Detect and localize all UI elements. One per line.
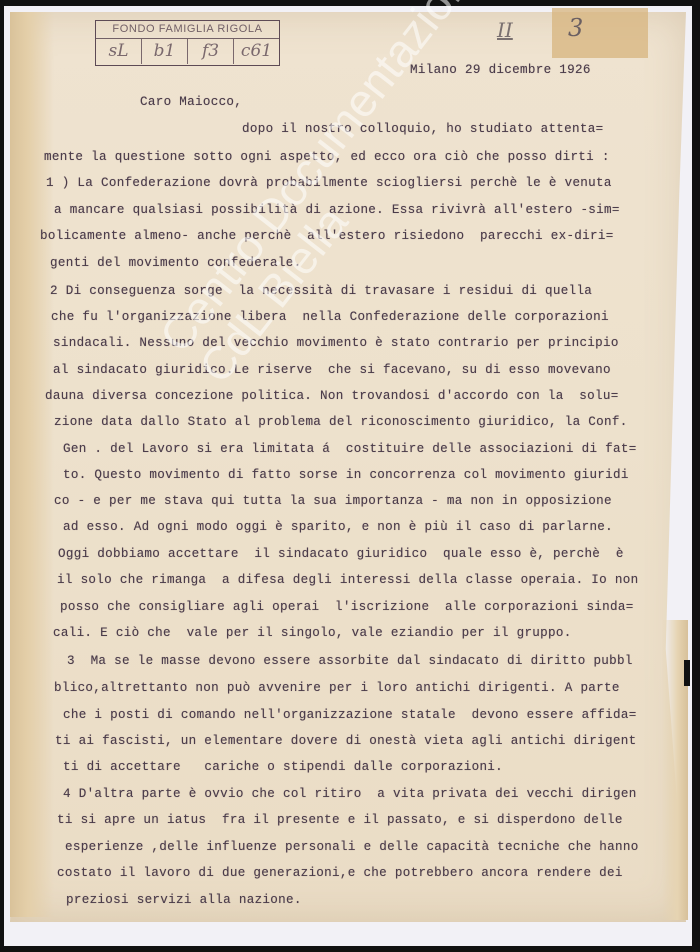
typed-line: bolicamente almeno- anche perchè all'est… bbox=[40, 229, 614, 243]
typed-line: dauna diversa concezione politica. Non t… bbox=[45, 389, 619, 403]
stamp-cell-sheet: c61 bbox=[234, 39, 279, 64]
typed-line: preziosi servizi alla nazione. bbox=[66, 893, 302, 907]
archive-stamp: FONDO FAMIGLIA RIGOLA sL b1 f3 c61 bbox=[95, 20, 280, 66]
typed-line: esperienze ,delle influenze personali e … bbox=[65, 840, 639, 854]
letter-page bbox=[10, 12, 686, 922]
folio-number: 3 bbox=[568, 14, 583, 42]
typed-line: ti si apre un iatus fra il presente e il… bbox=[57, 813, 623, 827]
typed-line: posso che consigliare agli operai l'iscr… bbox=[60, 600, 634, 614]
typed-line: cali. E ciò che vale per il singolo, val… bbox=[53, 626, 572, 640]
typed-line: Oggi dobbiamo accettare il sindacato giu… bbox=[58, 547, 624, 561]
typed-line: ti ai fascisti, un elementare dovere di … bbox=[55, 734, 636, 748]
typed-line: 3 Ma se le masse devono essere assorbite… bbox=[67, 654, 633, 668]
typed-line: 2 Di conseguenza sorge la necessità di t… bbox=[50, 284, 592, 298]
typed-line: blico,altrettanto non può avvenire per i… bbox=[54, 681, 620, 695]
stamp-cell-series: sL bbox=[96, 39, 142, 64]
typed-line: che i posti di comando nell'organizzazio… bbox=[63, 708, 637, 722]
typed-line: a mancare qualsiasi possibilità di azion… bbox=[54, 203, 620, 217]
typed-line: ti di accettare cariche o stipendi dalle… bbox=[63, 760, 503, 774]
typed-line: costato il lavoro di due generazioni,e c… bbox=[57, 866, 623, 880]
typed-line: zione data dallo Stato al problema del r… bbox=[54, 415, 628, 429]
salutation: Caro Maiocco, bbox=[140, 95, 242, 109]
folio-roman-mark: II bbox=[497, 18, 513, 42]
archive-stamp-title: FONDO FAMIGLIA RIGOLA bbox=[96, 21, 279, 39]
stamp-cell-box: b1 bbox=[142, 39, 188, 64]
typed-line: co - e per me stava qui tutta la sua imp… bbox=[54, 494, 612, 508]
typed-line: il solo che rimanga a difesa degli inter… bbox=[57, 573, 638, 587]
dateline: Milano 29 dicembre 1926 bbox=[410, 63, 591, 77]
typed-line: genti del movimento confederale. bbox=[50, 256, 301, 270]
typed-line: sindacali. Nessuno del vecchio movimento… bbox=[53, 336, 619, 350]
typed-line: dopo il nostro colloquio, ho studiato at… bbox=[242, 122, 603, 136]
typed-line: al sindacato giuridico.Le riserve che si… bbox=[53, 363, 611, 377]
archive-stamp-cells: sL b1 f3 c61 bbox=[96, 39, 279, 64]
paper-notch bbox=[684, 660, 690, 686]
typed-line: Gen . del Lavoro si era limitata á costi… bbox=[63, 442, 637, 456]
typed-line: mente la questione sotto ogni aspetto, e… bbox=[44, 150, 610, 164]
stamp-cell-folder: f3 bbox=[188, 39, 234, 64]
typed-line: 1 ) La Confederazione dovrà probabilment… bbox=[46, 176, 612, 190]
typed-line: to. Questo movimento di fatto sorse in c… bbox=[63, 468, 629, 482]
paper-fold-left bbox=[10, 12, 54, 917]
typed-line: che fu l'organizzazione libera nella Con… bbox=[51, 310, 609, 324]
adhesive-tape bbox=[552, 8, 648, 58]
typed-line: ad esso. Ad ogni modo oggi è sparito, e … bbox=[63, 520, 613, 534]
typed-line: 4 D'altra parte è ovvio che col ritiro a… bbox=[63, 787, 637, 801]
